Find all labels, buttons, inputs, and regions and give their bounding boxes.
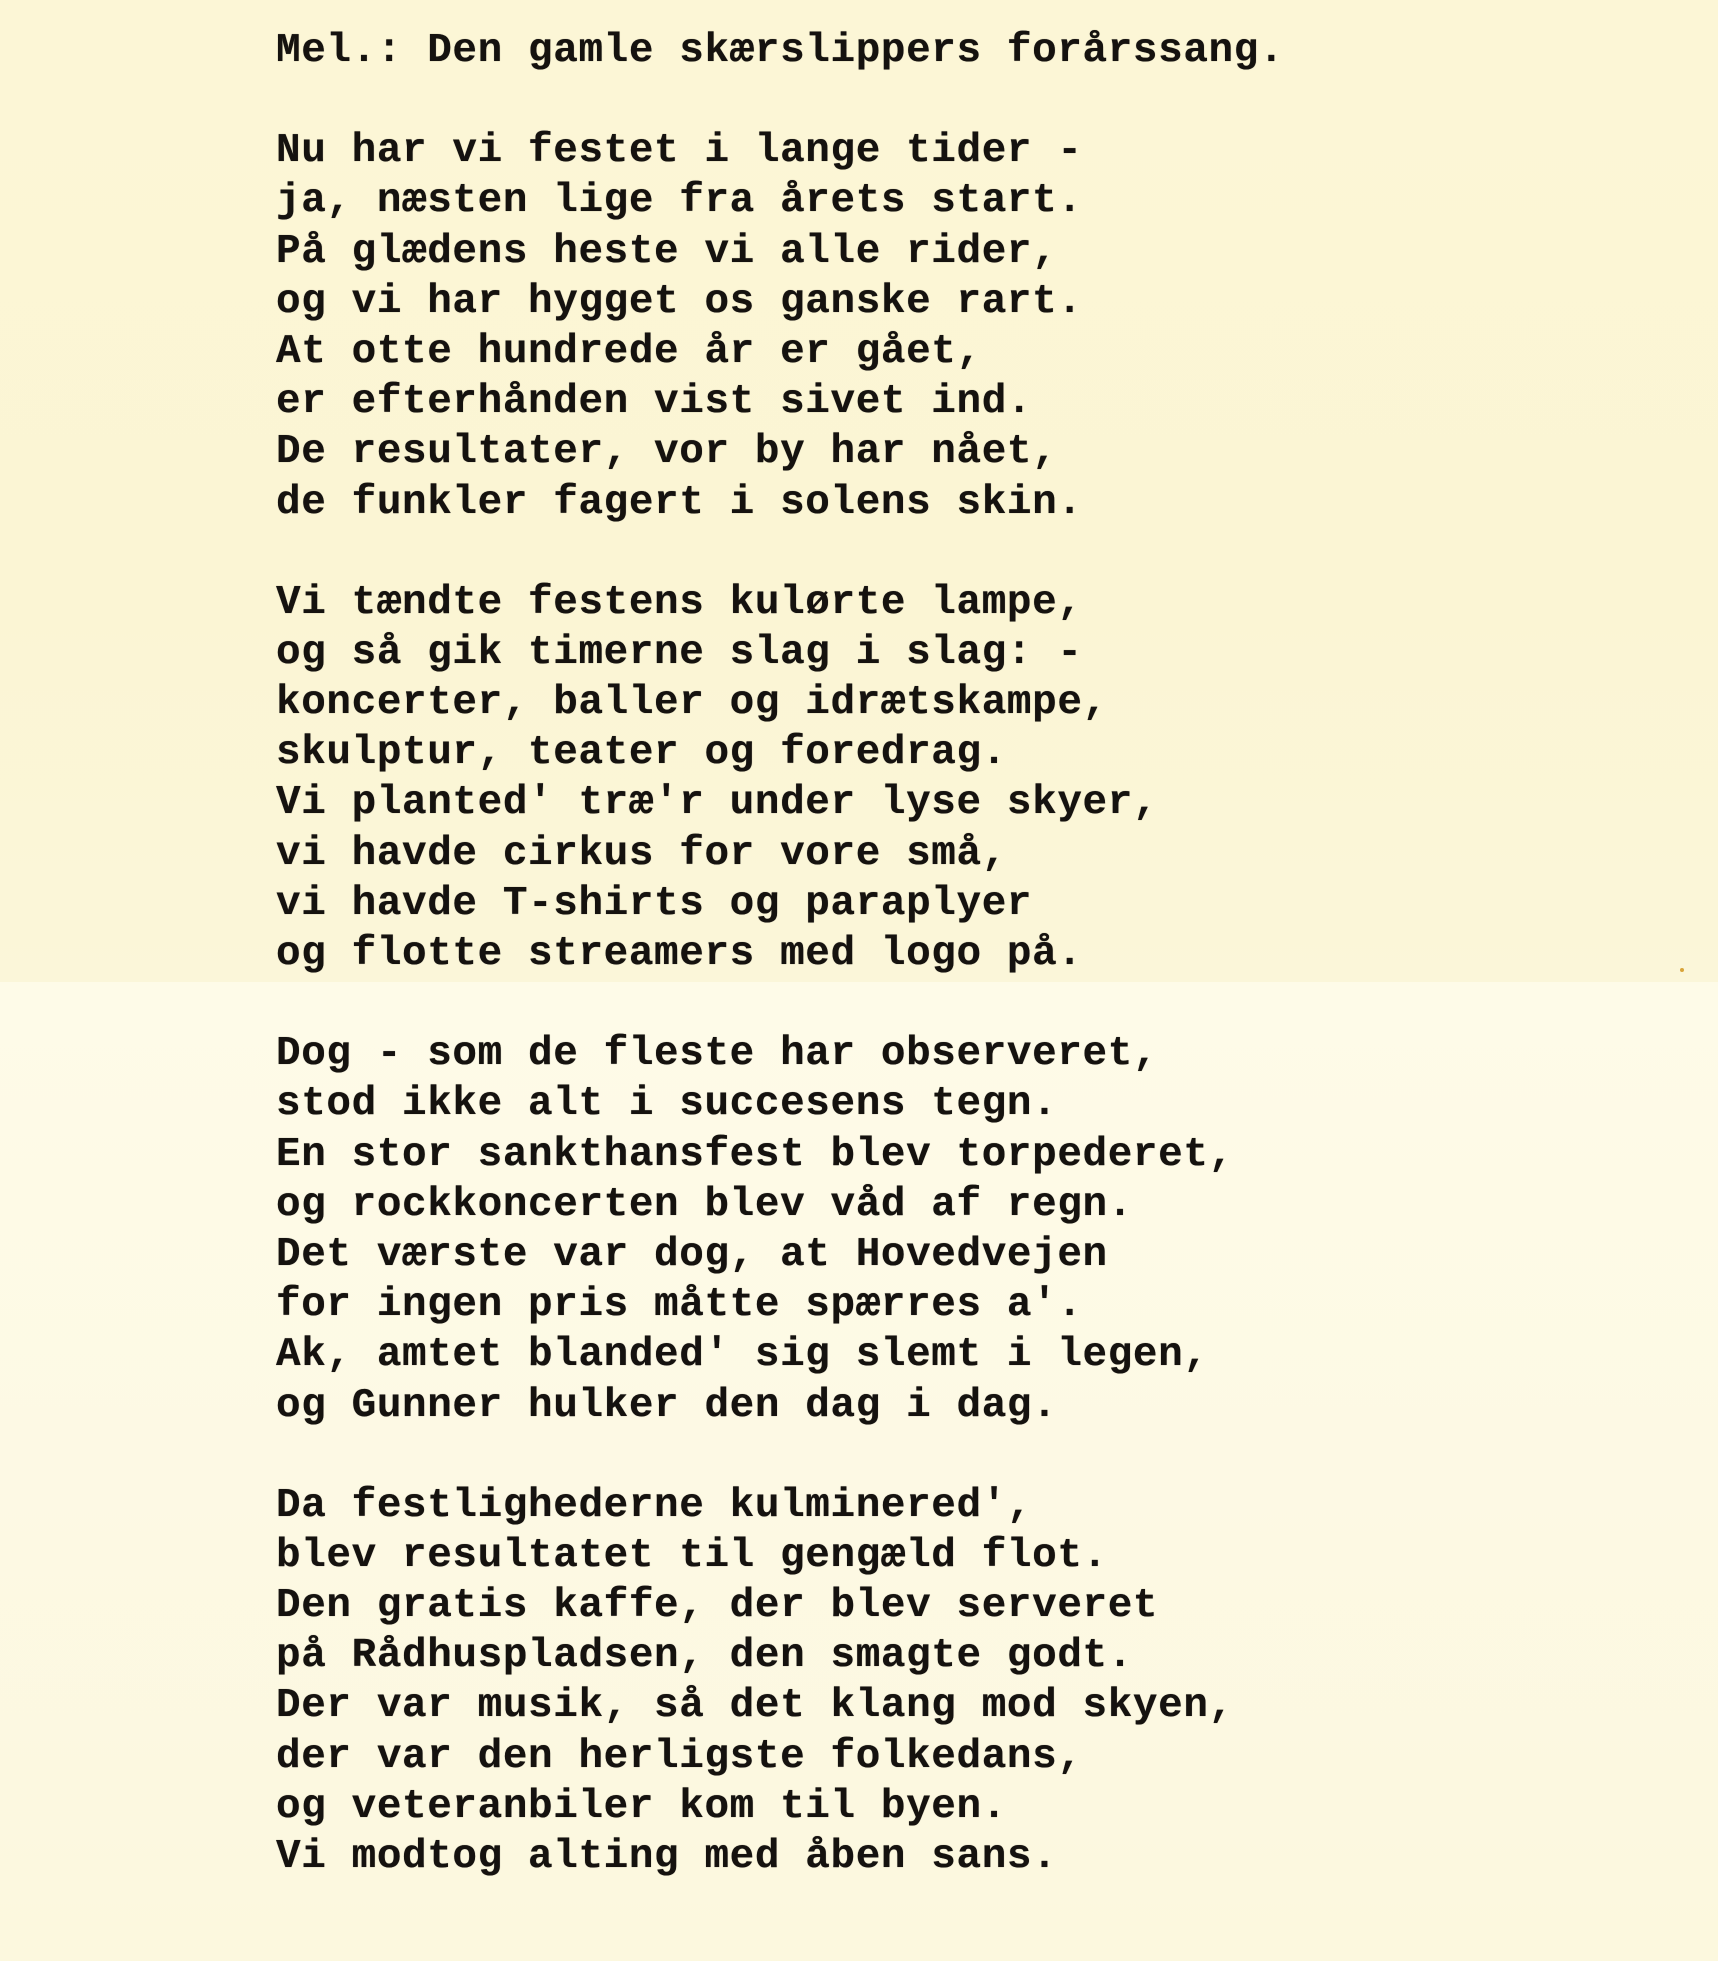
- paper-speck: [1680, 968, 1684, 972]
- verse-line: Dog - som de fleste har observeret,: [276, 1029, 1376, 1079]
- stanza-3: Dog - som de fleste har observeret, stod…: [276, 1029, 1376, 1431]
- verse-line: Vi tændte festens kulørte lampe,: [276, 578, 1376, 628]
- verse-line: Vi planted' træ'r under lyse skyer,: [276, 778, 1376, 828]
- verse-line: vi havde cirkus for vore små,: [276, 829, 1376, 879]
- verse-line: og så gik timerne slag i slag: -: [276, 628, 1376, 678]
- verse-line: koncerter, baller og idrætskampe,: [276, 678, 1376, 728]
- stanza-2: Vi tændte festens kulørte lampe, og så g…: [276, 578, 1376, 980]
- verse-line: stod ikke alt i succesens tegn.: [276, 1079, 1376, 1129]
- verse-line: Da festlighederne kulminered',: [276, 1481, 1376, 1531]
- verse-line: og rockkoncerten blev våd af regn.: [276, 1180, 1376, 1230]
- verse-line: og vi har hygget os ganske rart.: [276, 277, 1376, 327]
- verse-line: på Rådhuspladsen, den smagte godt.: [276, 1631, 1376, 1681]
- verse-line: Vi modtog alting med åben sans.: [276, 1832, 1376, 1882]
- verse-line: De resultater, vor by har nået,: [276, 427, 1376, 477]
- verse-line: Det værste var dog, at Hovedvejen: [276, 1230, 1376, 1280]
- verse-line: de funkler fagert i solens skin.: [276, 478, 1376, 528]
- verse-line: Nu har vi festet i lange tider -: [276, 126, 1376, 176]
- verse-line: er efterhånden vist sivet ind.: [276, 377, 1376, 427]
- verse-line: og flotte streamers med logo på.: [276, 929, 1376, 979]
- typewritten-song-sheet: Mel.: Den gamle skærslippers forårssang.…: [276, 26, 1376, 1882]
- stanza-1: Nu har vi festet i lange tider - ja, næs…: [276, 126, 1376, 528]
- verse-line: En stor sankthansfest blev torpederet,: [276, 1130, 1376, 1180]
- stanza-4: Da festlighederne kulminered', blev resu…: [276, 1481, 1376, 1883]
- verse-line: og veteranbiler kom til byen.: [276, 1782, 1376, 1832]
- verse-line: og Gunner hulker den dag i dag.: [276, 1381, 1376, 1431]
- verse-line: Ak, amtet blanded' sig slemt i legen,: [276, 1330, 1376, 1380]
- verse-line: vi havde T-shirts og paraplyer: [276, 879, 1376, 929]
- verse-line: At otte hundrede år er gået,: [276, 327, 1376, 377]
- verse-line: Den gratis kaffe, der blev serveret: [276, 1581, 1376, 1631]
- verse-line: På glædens heste vi alle rider,: [276, 227, 1376, 277]
- verse-line: skulptur, teater og foredrag.: [276, 728, 1376, 778]
- verse-line: der var den herligste folkedans,: [276, 1732, 1376, 1782]
- verse-line: ja, næsten lige fra årets start.: [276, 176, 1376, 226]
- verse-line: Der var musik, så det klang mod skyen,: [276, 1681, 1376, 1731]
- verse-line: for ingen pris måtte spærres a'.: [276, 1280, 1376, 1330]
- melody-heading: Mel.: Den gamle skærslippers forårssang.: [276, 26, 1376, 76]
- verse-line: blev resultatet til gengæld flot.: [276, 1531, 1376, 1581]
